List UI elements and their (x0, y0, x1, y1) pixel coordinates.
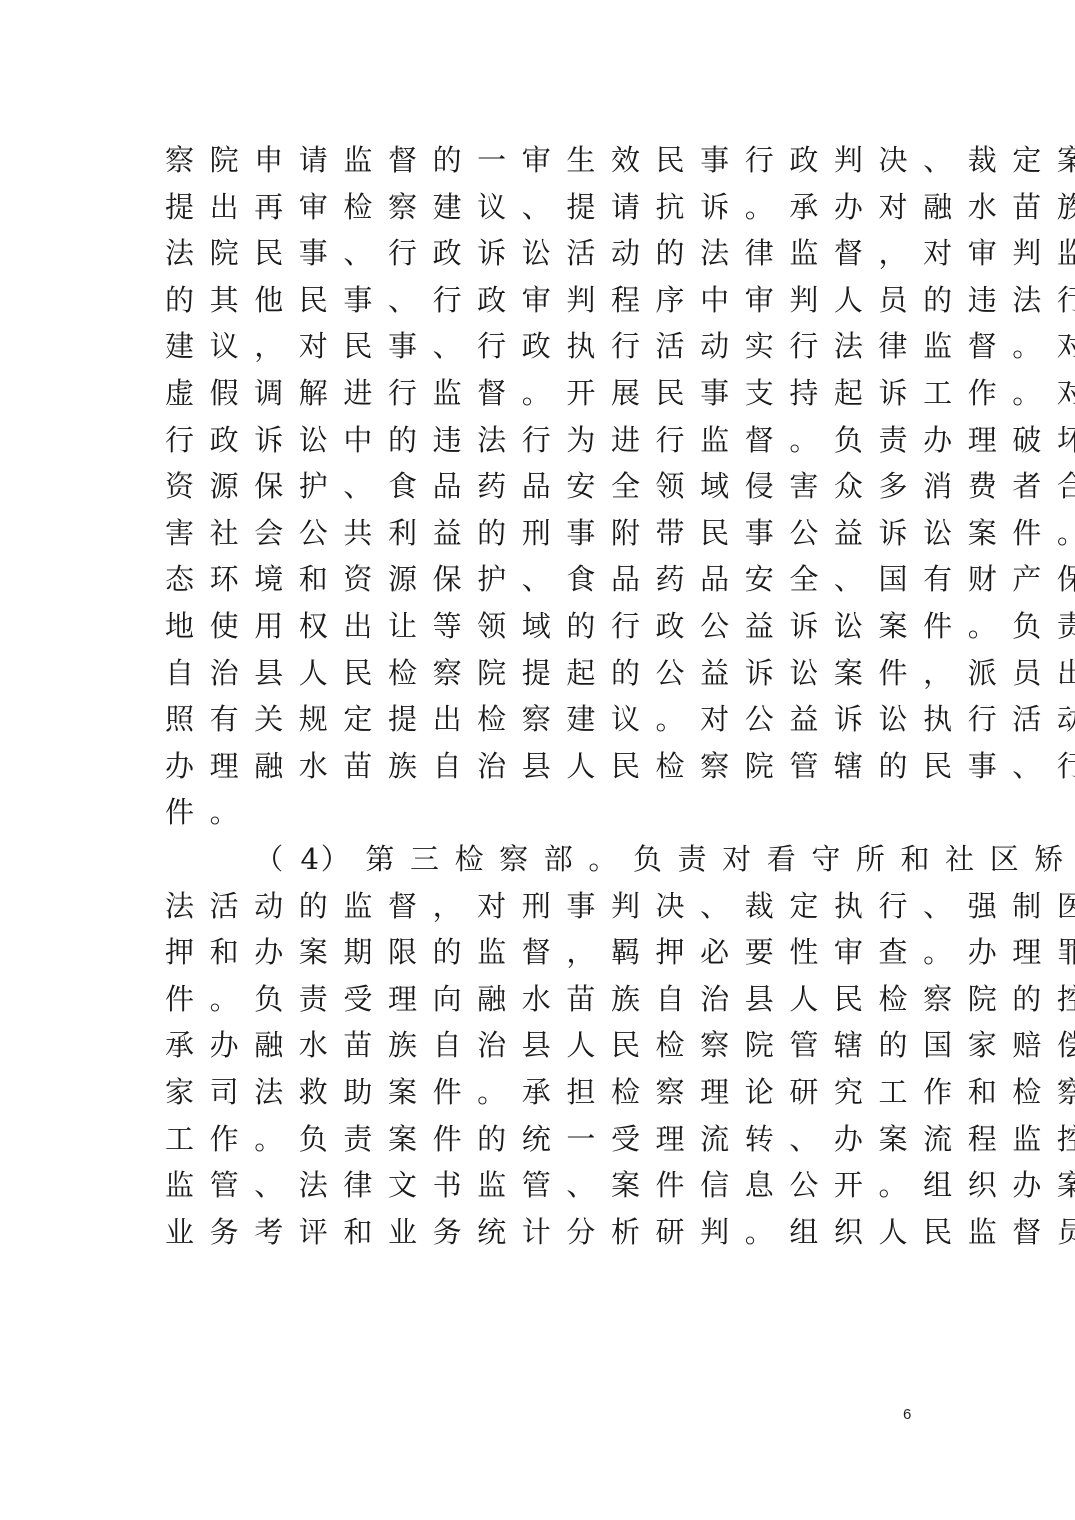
text-line: 法院民事、行政诉讼活动的法律监督，对审判监督程序以外 (165, 233, 1075, 273)
text-line: 态环境和资源保护、食品药品安全、国有财产保护、国有土 (165, 559, 1075, 599)
text-line: 自治县人民检察院提起的公益诉讼案件，派员出席法庭，依 (165, 653, 1075, 693)
text-line: 件。 (165, 792, 254, 832)
text-line: 件。负责受理向融水苗族自治县人民检察院的控告和申诉。 (165, 979, 1075, 1019)
text-line: 工作。负责案件的统一受理流转、办案流程监控、涉案财物 (165, 1119, 1075, 1159)
text-line: 业务考评和业务统计分析研判。组织人民监督员工作。 (165, 1212, 1075, 1252)
text-line: 害社会公共利益的刑事附带民事公益诉讼案件。负责办理生 (165, 513, 1075, 553)
text-line: 押和办案期限的监督，羁押必要性审查。办理罪犯又犯罪案 (165, 932, 1075, 972)
text-line: 提出再审检察建议、提请抗诉。承办对融水苗族自治县人民 (165, 187, 1075, 227)
text-line: 地使用权出让等领域的行政公益诉讼案件。负责对融水苗族 (165, 606, 1075, 646)
text-line: （4）第三检察部。负责对看守所和社区矫正机构等执 (254, 839, 1075, 879)
text-line: 资源保护、食品药品安全领域侵害众多消费者合法权益等损 (165, 466, 1075, 506)
text-line: 察院申请监督的一审生效民事行政判决、裁定案件的审查， (165, 140, 1075, 180)
text-line: 行政诉讼中的违法行为进行监督。负责办理破坏生态环境和 (165, 420, 1075, 460)
text-line: 家司法救助案件。承担检察理论研究工作和检察委员会日常 (165, 1072, 1075, 1112)
text-line: 虚假调解进行监督。开展民事支持起诉工作。对行政机关在 (165, 373, 1075, 413)
text-line: 办理融水苗族自治县人民检察院管辖的民事、行政申诉案 (165, 746, 1075, 786)
text-line: 照有关规定提出检察建议。对公益诉讼执行活动进行监督。 (165, 699, 1075, 739)
text-line: 法活动的监督，对刑事判决、裁定执行、强制医疗执行、羁 (165, 886, 1075, 926)
document-page: 察院申请监督的一审生效民事行政判决、裁定案件的审查，提出再审检察建议、提请抗诉。… (0, 0, 1075, 1520)
text-line: 的其他民事、行政审判程序中审判人员的违法行为提出检察 (165, 280, 1075, 320)
text-line: 建议，对民事、行政执行活动实行法律监督。对虚假诉讼、 (165, 326, 1075, 366)
text-line: 承办融水苗族自治县人民检察院管辖的国家赔偿案件和国 (165, 1025, 1075, 1065)
page-number: 6 (903, 1406, 911, 1423)
text-line: 监管、法律文书监管、案件信息公开。组织办案质量评查、 (165, 1165, 1075, 1205)
